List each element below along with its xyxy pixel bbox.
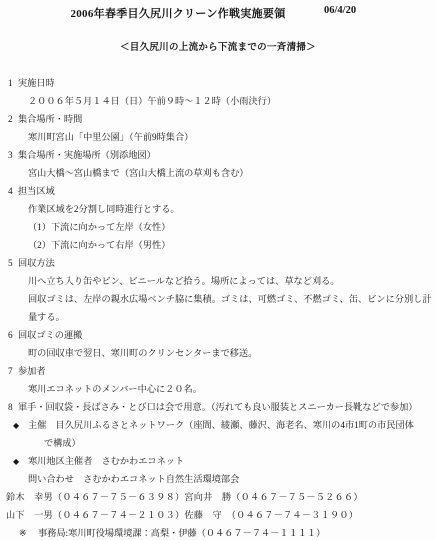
section-heading: 回収ゴミの運搬: [18, 330, 82, 340]
section-heading: 担当区域: [18, 186, 55, 196]
section-number: 4: [8, 182, 18, 200]
doc-line: 量する。: [0, 308, 436, 326]
line-text: で構成）: [44, 438, 81, 448]
section-heading: 軍手・回収袋・長ばさみ・とび口は会で用意。（汚れても良い服装とスニーカー長靴など…: [18, 402, 417, 412]
section-number: 5: [8, 254, 18, 272]
section-heading: 実施日時: [18, 78, 55, 88]
line-text: 作業区域を2分割し同時進行とする。: [28, 204, 180, 214]
line-text: 宮山大橋～宮山橋まで（宮山大橋上流の草刈も含む）: [28, 168, 249, 178]
section-number: 8: [8, 398, 18, 416]
doc-line: 6回収ゴミの運搬: [0, 326, 436, 344]
doc-line: 1実施日時: [0, 74, 436, 92]
doc-line: 作業区域を2分割し同時進行とする。: [0, 200, 436, 218]
section-number: 3: [8, 146, 18, 164]
doc-line: 回収ゴミは、左岸の親水広場ベンチ脇に集積。ゴミは、可燃ゴミ、不燃ゴミ、缶、ビンに…: [0, 290, 436, 308]
line-text: 町の回収車で翌日、寒川町のクリンセンターまで移送。: [28, 348, 257, 358]
document-body: 1実施日時２００６年５月１４日（日）午前９時～１２時（小雨決行）2集合場所・時間…: [0, 74, 436, 540]
doc-line: 2集合場所・時間: [0, 110, 436, 128]
section-heading: 参加者: [18, 366, 46, 376]
section-number: 7: [8, 362, 18, 380]
page-title: 2006年春季目久尻川クリーン作戦実施要領: [0, 5, 436, 21]
doc-line: （1）下流に向かって左岸（女性）: [0, 218, 436, 236]
line-text: 鈴木 幸男（０４６７－７５－６３９８）宮向井 勝（０４６７－７５－５２６６）: [6, 492, 363, 502]
doc-line: 4担当区域: [0, 182, 436, 200]
doc-line: （2）下流に向かって右岸（男性）: [0, 236, 436, 254]
section-number: 6: [8, 326, 18, 344]
line-text: 山下 一男（０４６７－７４－２１０３）佐藤 守 （０４６７－７４－３１９０）: [6, 510, 358, 520]
document-subtitle: ＜目久尻川の上流から下流までの一斉清掃＞: [0, 39, 436, 53]
doc-line: ２００６年５月１４日（日）午前９時～１２時（小雨決行）: [0, 92, 436, 110]
line-text: 回収ゴミは、左岸の親水広場ベンチ脇に集積。ゴミは、可燃ゴミ、不燃ゴミ、缶、ビンに…: [28, 294, 432, 304]
line-text: 川へ立ち入り缶やビン、ビニールなど拾う。場所によっては、草など刈る。: [28, 276, 339, 286]
line-text: （1）下流に向かって左岸（女性）: [28, 222, 170, 232]
doc-line: 鈴木 幸男（０４６７－７５－６３９８）宮向井 勝（０４６７－７５－５２６６）: [0, 488, 436, 506]
doc-line: ◆主催 目久尻川ふるさとネットワーク（座間、綾瀬、藤沢、海老名、寒川の4市1町の…: [0, 416, 436, 434]
line-text: 問い合わせ さむかわエコネット自然生活環境部会: [28, 474, 239, 484]
diamond-bullet-icon: ◆: [13, 417, 28, 435]
diamond-bullet-icon: ◆: [13, 453, 28, 471]
doc-line: 8軍手・回収袋・長ばさみ・とび口は会で用意。（汚れても良い服装とスニーカー長靴な…: [0, 398, 436, 416]
reference-mark-icon: ※: [19, 524, 38, 540]
document-header: 2006年春季目久尻川クリーン作戦実施要領 06/4/20: [0, 0, 436, 19]
doc-line: 7参加者: [0, 362, 436, 380]
document-page: 2006年春季目久尻川クリーン作戦実施要領 06/4/20 ＜目久尻川の上流から…: [0, 0, 436, 540]
section-heading: 集合場所・実施場所（別添地図）: [18, 150, 156, 160]
doc-line: 宮山大橋～宮山橋まで（宮山大橋上流の草刈も含む）: [0, 164, 436, 182]
line-text: 寒川地区主催者 さむかわエコネット: [28, 456, 184, 466]
line-text: （2）下流に向かって右岸（男性）: [28, 240, 170, 250]
doc-line: で構成）: [0, 434, 436, 452]
section-heading: 集合場所・時間: [18, 114, 82, 124]
doc-line: 町の回収車で翌日、寒川町のクリンセンターまで移送。: [0, 344, 436, 362]
doc-line: 3集合場所・実施場所（別添地図）: [0, 146, 436, 164]
line-text: 主催 目久尻川ふるさとネットワーク（座間、綾瀬、藤沢、海老名、寒川の4市1町の市…: [28, 420, 414, 430]
doc-line: 問い合わせ さむかわエコネット自然生活環境部会: [0, 470, 436, 488]
line-text: 量する。: [28, 312, 65, 322]
line-text: 寒川エコネットのメンバー中心に２０名。: [28, 384, 202, 394]
section-heading: 回収方法: [18, 258, 55, 268]
document-date: 06/4/20: [324, 5, 356, 16]
line-text: 寒川町宮山「中里公園」（午前9時集合）: [28, 132, 193, 142]
line-text: ２００６年５月１４日（日）午前９時～１２時（小雨決行）: [28, 96, 276, 106]
line-text: 事務局:寒川町役場環境課：高梨・伊藤（０４６７－７４－１１１１）: [38, 528, 325, 538]
section-number: 2: [8, 110, 18, 128]
section-number: 1: [8, 74, 18, 92]
doc-line: 寒川町宮山「中里公園」（午前9時集合）: [0, 128, 436, 146]
doc-line: ※事務局:寒川町役場環境課：高梨・伊藤（０４６７－７４－１１１１）: [0, 524, 436, 540]
doc-line: ◆寒川地区主催者 さむかわエコネット: [0, 452, 436, 470]
doc-line: 川へ立ち入り缶やビン、ビニールなど拾う。場所によっては、草など刈る。: [0, 272, 436, 290]
doc-line: 寒川エコネットのメンバー中心に２０名。: [0, 380, 436, 398]
doc-line: 山下 一男（０４６７－７４－２１０３）佐藤 守 （０４６７－７４－３１９０）: [0, 506, 436, 524]
doc-line: 5回収方法: [0, 254, 436, 272]
